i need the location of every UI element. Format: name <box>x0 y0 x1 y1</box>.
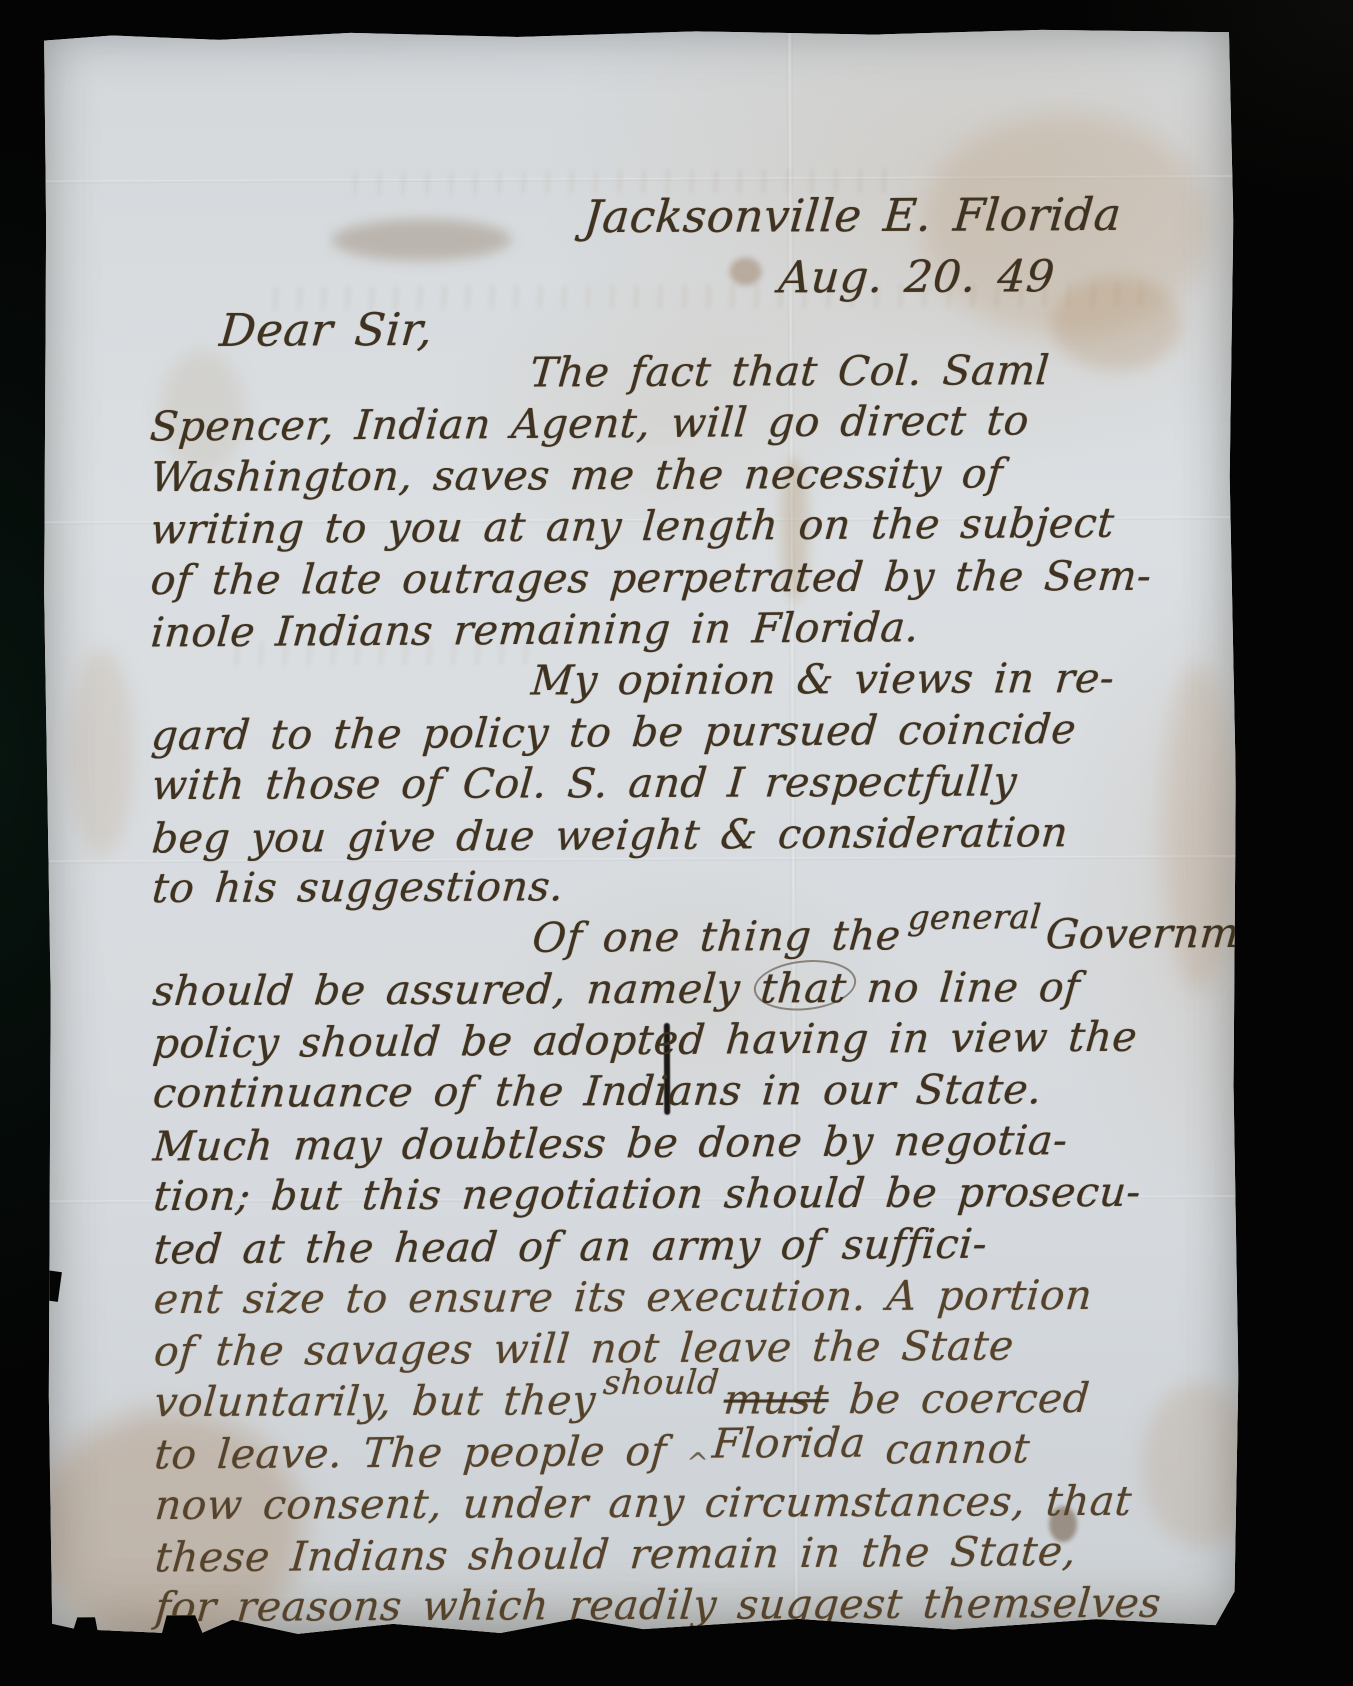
manuscript-line: Spencer, Indian Agent, will go direct to <box>148 394 1214 453</box>
caret-insertion: Florida <box>685 1418 868 1476</box>
manuscript-text: Of one thing the <box>531 912 903 963</box>
manuscript-text: ent size to ensure its execution. A port… <box>152 1271 1094 1323</box>
manuscript-line: should be assured, namely that no line o… <box>151 961 1217 1017</box>
manuscript-text: The fact that Col. Saml <box>528 346 1051 396</box>
manuscript-text: be coerced <box>827 1374 1092 1423</box>
paper-stain <box>331 219 511 262</box>
manuscript-text: of the savages will not leave the State <box>152 1322 1016 1376</box>
manuscript-line: The fact that Col. Saml <box>148 344 1214 400</box>
circled-word: that <box>759 964 849 1012</box>
manuscript-text: cannot <box>863 1425 1032 1474</box>
manuscript-line: beg you give due weight & consideration <box>150 806 1216 865</box>
manuscript-line: Washington, saves me the necessity of <box>148 447 1214 503</box>
dateline-location: Jacksonville E. Florida <box>582 188 1196 244</box>
manuscript-text: to leave. The people of <box>153 1427 689 1479</box>
manuscript-line: ent size to ensure its execution. A port… <box>152 1270 1218 1326</box>
paper-stain <box>69 647 134 857</box>
manuscript-line: ted at the head of an army of suffici- <box>152 1217 1218 1276</box>
dateline-date: Aug. 20. 49 <box>577 251 1191 305</box>
manuscript-text: gard to the policy to be pursued coincid… <box>150 705 1079 759</box>
manuscript-text: writing to you at any length on the subj… <box>149 499 1116 554</box>
manuscript-line: policy should be adopted having in view … <box>151 1011 1217 1070</box>
manuscript-text: Washington, saves me the necessity of <box>149 449 1005 501</box>
manuscript-text: Government <box>1044 909 1310 959</box>
manuscript-text: to his suggestions. <box>150 862 565 912</box>
manuscript-text: Much may doubtless be done by negotia- <box>151 1116 1069 1170</box>
manuscript-text: My opinion & views in re- <box>529 654 1116 705</box>
manuscript-line: now consent, under any circumstances, th… <box>153 1475 1219 1531</box>
manuscript-line: tion; but this negotiation should be pro… <box>151 1167 1217 1223</box>
manuscript-text: tion; but this negotiation should be pro… <box>152 1168 1143 1220</box>
manuscript-text: these Indians should remain in the State… <box>153 1527 1078 1581</box>
manuscript-line: inole Indians remaining in Florida. <box>149 600 1215 659</box>
manuscript-text: no line of <box>844 963 1081 1012</box>
struck-word: must <box>722 1375 831 1423</box>
manuscript-line: gard to the policy to be pursued coincid… <box>149 703 1215 762</box>
manuscript-line: with those of Col. S. and I respectfully <box>150 756 1216 812</box>
scan-background: { "scan": { "background_color": "#040404… <box>0 0 1353 1686</box>
manuscript-text: policy should be adopted having in view … <box>151 1013 1139 1068</box>
manuscript-line: to his suggestions. <box>150 858 1216 914</box>
interlinear-insertion: general <box>908 917 1041 918</box>
manuscript-line: continuance of the Indians in our State. <box>151 1064 1217 1120</box>
manuscript-text: for reasons which readily suggest themse… <box>153 1579 1163 1631</box>
manuscript-text: beg you give due weight & consideration <box>150 808 1070 862</box>
dateline: Jacksonville E. Florida Aug. 20. 49 <box>577 188 1196 305</box>
manuscript-text: with those of Col. S. and I respectfully <box>150 757 1019 809</box>
manuscript-text: of the late outrages perpetrated by the … <box>149 551 1153 603</box>
manuscript-line: voluntarily, but theyshouldmust be coerc… <box>152 1372 1218 1428</box>
manuscript-text: Spencer, Indian Agent, will go direct to <box>148 397 1031 451</box>
fold-crease <box>41 175 1233 183</box>
manuscript-text: ted at the head of an army of suffici- <box>152 1219 989 1273</box>
manuscript-line: to leave. The people of Florida cannot <box>153 1422 1219 1481</box>
manuscript-line: My opinion & views in re- <box>149 653 1215 709</box>
letter-body: The fact that Col. SamlSpencer, Indian A… <box>150 345 1218 1634</box>
manuscript-line: these Indians should remain in the State… <box>153 1525 1219 1584</box>
manuscript-line: of the late outrages perpetrated by the … <box>149 550 1215 606</box>
interlinear-insertion: should <box>603 1382 719 1383</box>
manuscript-line: Much may doubtless be done by negotia- <box>151 1114 1217 1173</box>
manuscript-text: now consent, under any circumstances, th… <box>153 1476 1134 1528</box>
edge-tear-mark <box>36 1269 62 1302</box>
manuscript-text: continuance of the Indians in our State. <box>151 1066 1044 1118</box>
manuscript-line: Of one thing thegeneralGovernment <box>150 908 1216 967</box>
manuscript-text: inole Indians remaining in Florida. <box>149 603 921 656</box>
letter-page: Jacksonville E. Florida Aug. 20. 49 Dear… <box>41 27 1240 1636</box>
manuscript-line: for reasons which readily suggest themse… <box>153 1578 1219 1634</box>
manuscript-text: should be assured, namely <box>151 964 763 1015</box>
manuscript-text: voluntarily, but they <box>153 1376 598 1426</box>
manuscript-line: writing to you at any length on the subj… <box>148 497 1214 556</box>
